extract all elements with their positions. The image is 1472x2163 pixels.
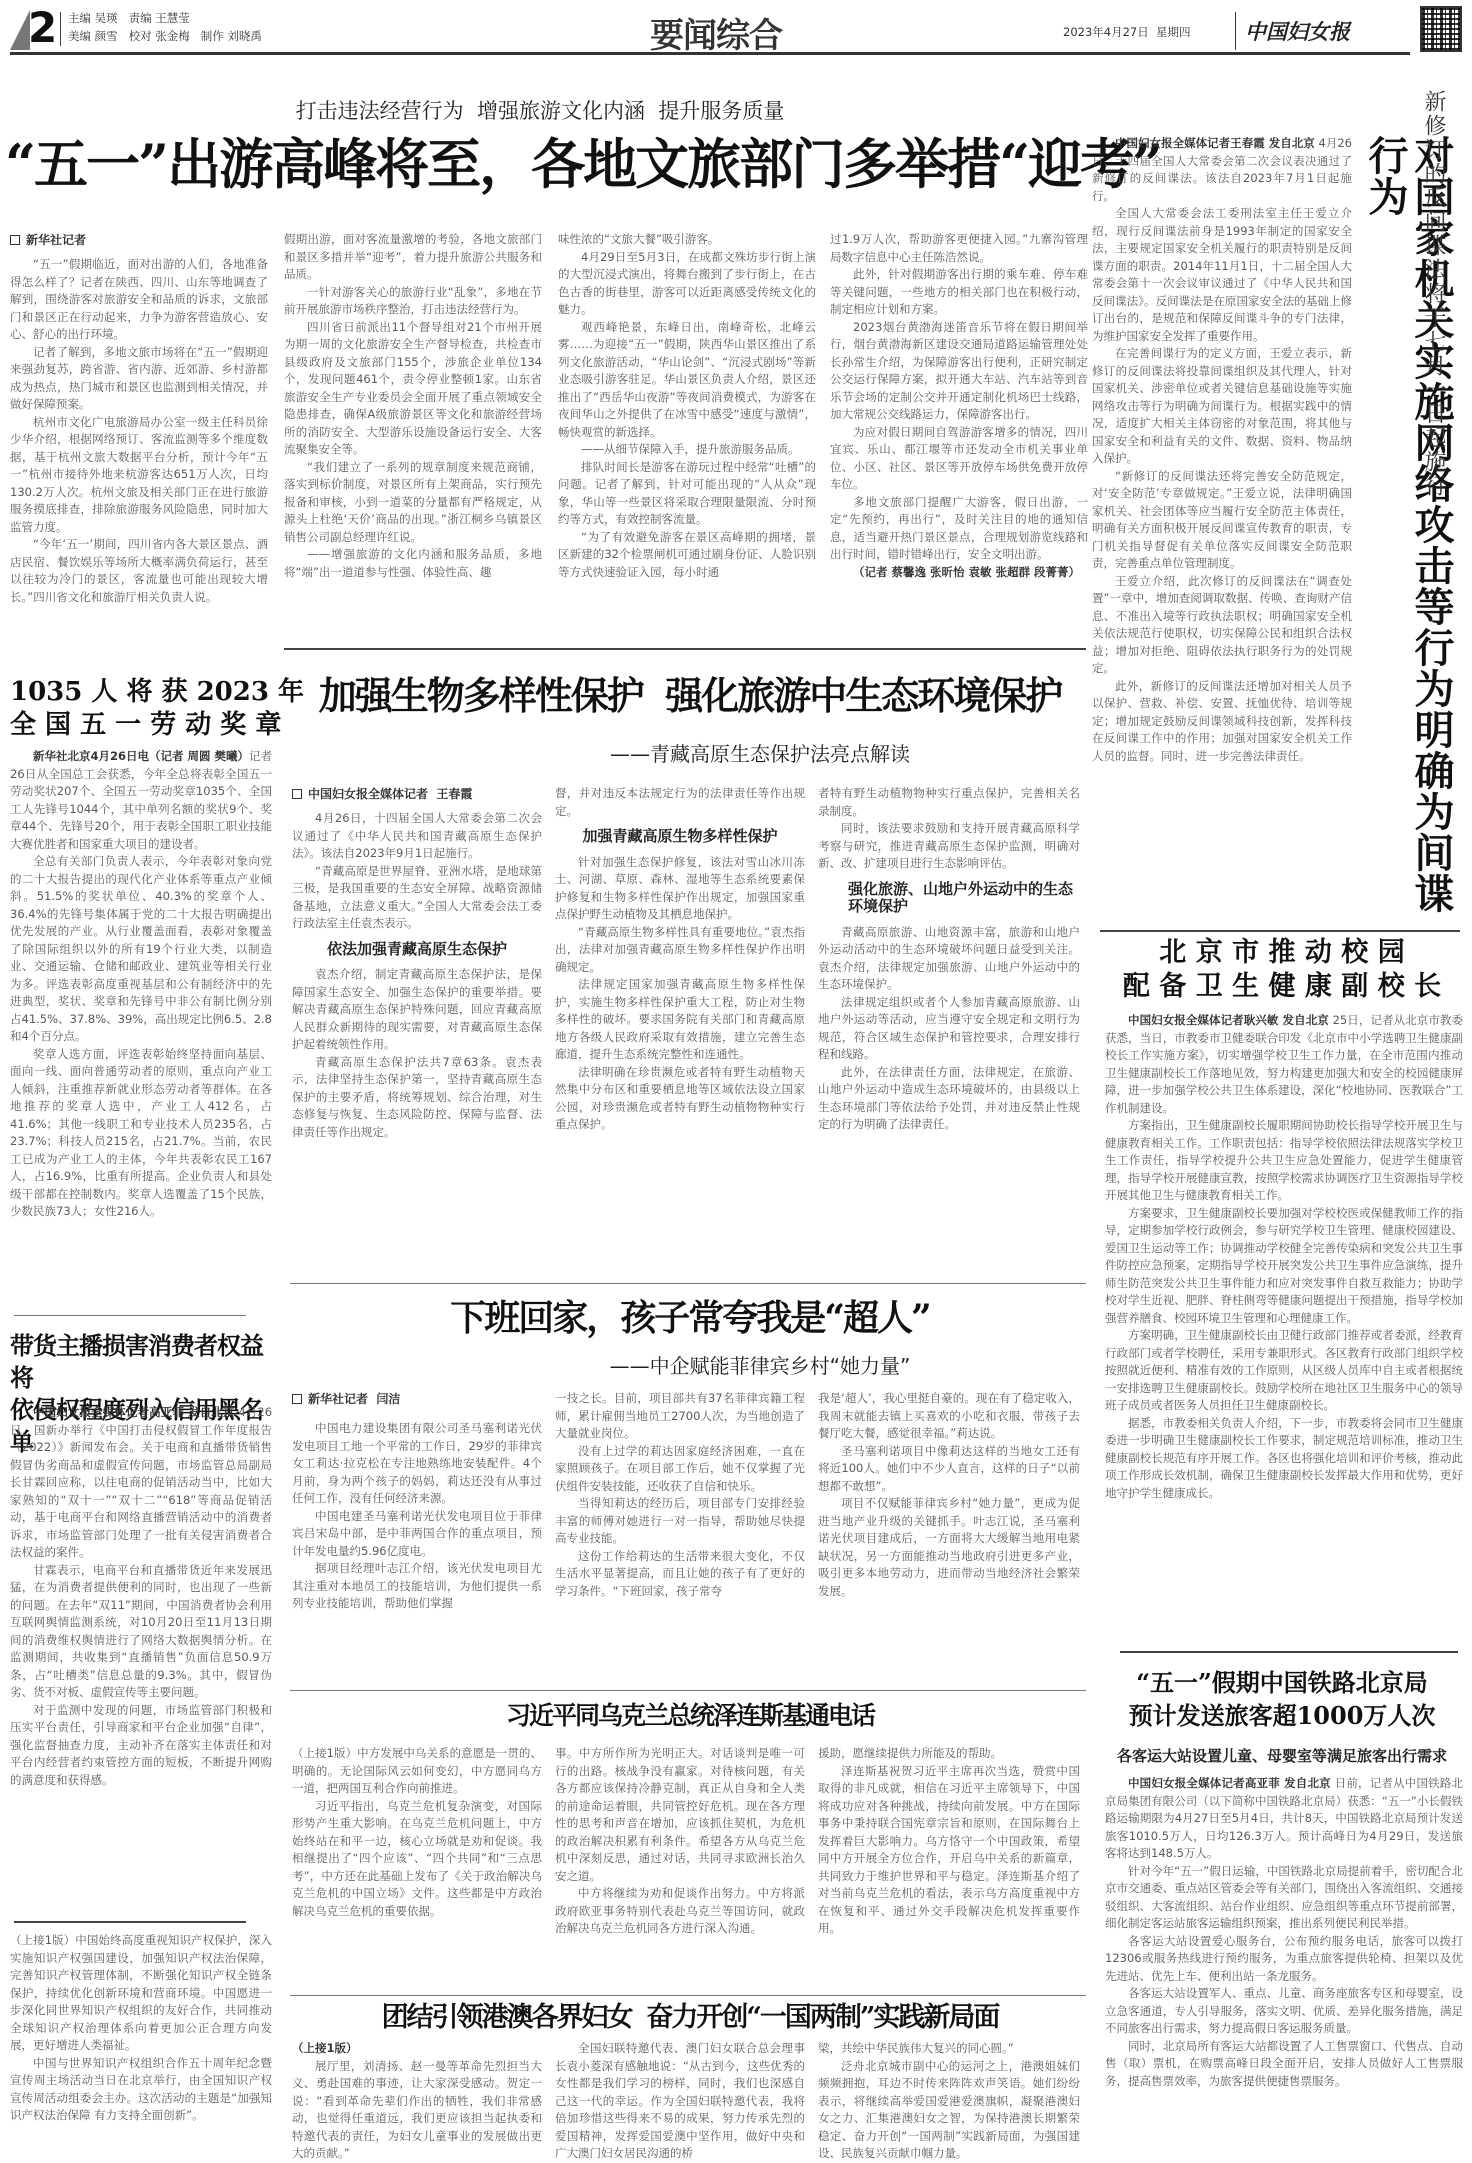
paragraph: 4月26日，十四届全国人大常委会第二次会议通过了《中华人民共和国青藏高原生态保护… bbox=[292, 810, 542, 863]
ip-continuation-text: （上接1版）中国始终高度重视知识产权保护，深入实施知识产权强国建设，加强知识产权… bbox=[10, 1932, 272, 2125]
paragraph: 全国人大常委会法工委刑法室主任王爱立介绍，现行反间谍法前身是1993年制定的国家… bbox=[1092, 205, 1352, 345]
issue-date: 2023年4月27日 星期四 bbox=[1063, 24, 1191, 40]
paragraph: 全总有关部门负责人表示，今年表彰对象向党的二十大报告提出的现代化产业体系等重点产… bbox=[10, 853, 272, 1046]
paragraph: “青藏高原生物多样性具有重要地位。”袁杰指出，法律对加强青藏高原生物多样性保护作… bbox=[555, 924, 805, 977]
superman-headline: 下班回家，孩子常夸我是“超人” bbox=[290, 1292, 1090, 1344]
paper-logo: 中国妇女报 bbox=[1245, 16, 1350, 46]
masthead-rule bbox=[10, 52, 1410, 55]
paragraph: 同时，北京局所有客运大站都设置了人工售票窗口、代售点、自动售（取）票机，在购票高… bbox=[1105, 2038, 1463, 2091]
subsection-heading: 依法加强青藏高原生态保护 bbox=[292, 941, 542, 959]
paragraph: 奖章人选方面，评选表彰始终坚持面向基层、面向一线、面向普通劳动者的原则，重点向产… bbox=[10, 1046, 272, 1221]
vertical-kicker: 新修订的反间谍法将于七月一日起施行 bbox=[1420, 90, 1446, 690]
paragraph: 袁杰介绍，制定青藏高原生态保护法，是保障国家生态安全、加强生态保护的重要举措。要… bbox=[292, 966, 542, 1054]
biodiversity-subheadline: ——青藏高原生态保护法亮点解读 bbox=[460, 738, 1060, 767]
paragraph: 此外，新修订的反间谍法还增加对相关人员予以保护、营救、补偿、安置、抚恤优待、培训… bbox=[1092, 678, 1352, 766]
paragraph: “五一”假期临近，面对出游的人们，各地准备得怎么样了？记者在陕西、四川、山东等地… bbox=[10, 256, 268, 344]
subsection-heading: 强化旅游、山地户外运动中的生态环境保护 bbox=[818, 881, 1080, 916]
superman-col-2: 一技之长。目前，项目部共有37名菲律宾籍工程师，累计雇佣当地员工2700人次，为… bbox=[555, 1390, 805, 1600]
paragraph: 过1.9万人次，帮助游客更便捷入园。”九寨沟管理局数字信息中心主任陈浩然说。 bbox=[830, 231, 1088, 266]
paragraph: 法律规定国家加强青藏高原生物多样性保护，实施生物多样性保护重大工程，防止对生物多… bbox=[555, 976, 805, 1064]
section-divider bbox=[1120, 1651, 1458, 1653]
continuation-label: （上接1版） bbox=[292, 2040, 542, 2058]
paragraph: 者特有野生动植物物种实行重点保护，完善相关名录制度。 bbox=[818, 785, 1080, 820]
biodiversity-col-3: 者特有野生动植物物种实行重点保护，完善相关名录制度。 同时，该法要求鼓励和支持开… bbox=[818, 785, 1080, 1134]
hk-macao-col-2: 全国妇联特邀代表、澳门妇女联合总会理事长袁小菱深有感触地说：“从古到今，这些优秀… bbox=[555, 2040, 805, 2163]
paragraph: 法律规定组织或者个人参加青藏高原旅游、山地户外运动等活动，应当遵守安全规定和文明… bbox=[818, 994, 1080, 1064]
paragraph: “我们建立了一系列的规章制度来规范商铺，落实到标价制度，对景区所有上架商品，实行… bbox=[284, 459, 542, 547]
masthead: 2 主编 吴瑛 责编 王慧莹 美编 颜雪 校对 张金梅 制作 刘晓禹 要闻综合 … bbox=[10, 4, 1465, 54]
byline-text: 新华社记者 闫洁 bbox=[308, 1392, 400, 1406]
paragraph: 援助，愿继续提供力所能及的帮助。 bbox=[818, 1745, 1080, 1763]
paragraph: 2023烟台黄渤海迷笛音乐节将在假日期间举行，烟台黄渤海新区建设交通局道路运输管… bbox=[830, 319, 1088, 424]
superman-byline: 新华社记者 闫洁 bbox=[292, 1390, 400, 1407]
paragraph: 督，并对违反本法规定行为的法律责任等作出规定。 bbox=[555, 785, 805, 820]
paragraph: 针对加强生态保护修复，该法对雪山冰川冻土、河湖、草原、森林、湿地等生态系统要素保… bbox=[555, 854, 805, 924]
paragraph: 四川省日前派出11个督导组对21个市州开展为期一周的文化旅游安全生产督导检查，共… bbox=[284, 319, 542, 459]
hk-macao-col-3: 梁，共绘中华民族伟大复兴的同心圆。” 泛舟北京城市副中心的运河之上，港澳姐妹们频… bbox=[818, 2040, 1080, 2163]
byline-text: 新华社记者 bbox=[26, 233, 86, 247]
paragraph: 全国妇联特邀代表、澳门妇女联合总会理事长袁小菱深有感触地说：“从古到今，这些优秀… bbox=[555, 2040, 805, 2163]
paragraph: 多地文旅部门提醒广大游客，假日出游，一定“先预约，再出行”，及时关注目的地的通知… bbox=[830, 494, 1088, 564]
dateline: 中国妇女报全媒体记者耿兴敏 发自北京 bbox=[1128, 1013, 1329, 1027]
paragraph: 中方将继续为劝和促谈作出努力。中方将派政府欧亚事务特别代表赴乌克兰等国访问，就政… bbox=[555, 1885, 805, 1938]
editor-credits-line2: 美编 颜雪 校对 张金梅 制作 刘晓禹 bbox=[68, 28, 262, 44]
section-divider bbox=[290, 1995, 1086, 1996]
headline-line: 北 京 市 推 动 校 园 bbox=[1100, 936, 1464, 970]
reporter-credit: （记者 蔡馨逸 张昕怡 袁敏 张超群 段菁菁） bbox=[830, 564, 1088, 582]
biodiversity-col-2: 督，并对违反本法规定行为的法律责任等作出规定。 加强青藏高原生物多样性保护 针对… bbox=[555, 785, 805, 1134]
superman-subheadline: ——中企赋能菲律宾乡村“她力量” bbox=[470, 1350, 1050, 1379]
biodiversity-byline: 中国妇女报全媒体记者 王春霞 bbox=[292, 785, 472, 802]
lead-headline: “五一”出游高峰将至，各地文旅部门多举措“迎考” bbox=[5, 128, 1085, 200]
page-number: 2 bbox=[28, 4, 57, 52]
headline-line: 预计发送旅客超1000万人次 bbox=[1100, 1699, 1464, 1732]
headline-line: “五一”假期中国铁路北京局 bbox=[1100, 1666, 1464, 1699]
lead-kicker: 打击违法经营行为 增强旅游文化内涵 提升服务质量 bbox=[210, 95, 870, 125]
right-story: 中国妇女报全媒体记者王春霞 发自北京 4月26日，十四届全国人大常委会第二次会议… bbox=[1092, 120, 1472, 920]
paragraph: 记者了解到，多地文旅市场将在“五一”假期迎来强劲复苏，跨省游、省内游、近郊游、乡… bbox=[10, 344, 268, 414]
masthead-divider bbox=[60, 12, 61, 46]
paragraph: （上接1版）中国始终高度重视知识产权保护，深入实施知识产权强国建设，加强知识产权… bbox=[10, 1932, 272, 2055]
masthead-divider-right bbox=[1235, 12, 1236, 50]
paragraph: 习近平指出，乌克兰危机复杂演变，对国际形势产生重大影响。在乌克兰危机问题上，中方… bbox=[292, 1798, 542, 1921]
railway-text: 中国妇女报全媒体记者高亚菲 发自北京 日前，记者从中国铁路北京局集团有限公司（以… bbox=[1105, 1775, 1463, 2090]
byline-box-icon bbox=[292, 789, 302, 799]
paragraph: 杭州市文化广电旅游局办公室一级主任科员徐少华介绍，根据网络预订、客流监测等多个维… bbox=[10, 414, 268, 537]
labor-medal-text: 新华社北京4月26日电（记者 周圆 樊曦）记者26日从全国总工会获悉，今年全总将… bbox=[10, 748, 272, 1221]
school-health-text: 中国妇女报全媒体记者耿兴敏 发自北京 25日，记者从北京市教委获悉，当日，市教委… bbox=[1105, 1012, 1463, 1502]
lead-col-1: “五一”假期临近，面对出游的人们，各地准备得怎么样了？记者在陕西、四川、山东等地… bbox=[10, 256, 268, 606]
paragraph: 同时，该法要求鼓励和支持开展青藏高原科学考察与研究，推进青藏高原生态保护监测，明… bbox=[818, 820, 1080, 873]
paragraph: ——从细节保障入手，提升旅游服务品质。 bbox=[558, 441, 816, 459]
school-health-headline: 北 京 市 推 动 校 园 配 备 卫 生 健 康 副 校 长 bbox=[1100, 936, 1464, 1004]
paragraph: 泽连斯基祝贺习近平主席再次当选，赞赏中国取得的非凡成就，相信在习近平主席领导下，… bbox=[818, 1763, 1080, 1938]
paragraph: 青藏高原生态保护法共7章63条。袁杰表示，法律坚持生态保护第一，坚持青藏高原生态… bbox=[292, 1054, 542, 1142]
headline-line: 带货主播损害消费者权益将 bbox=[10, 1330, 272, 1394]
paragraph: 各客运大站设置爱心服务台，公布预约服务电话，旅客可以拨打12306或服务热线进行… bbox=[1105, 1933, 1463, 1986]
paragraph: 为应对假日期间自驾游游客增多的情况，四川宜宾、乐山、都江堰等市还发动全市机关事业… bbox=[830, 424, 1088, 494]
paragraph: 我是‘超人’，我心里挺自豪的。现在有了稳定收入，我周末就能去镇上买喜欢的小吃和衣… bbox=[818, 1390, 1080, 1443]
superman-col-1: 中国电力建设集团有限公司圣马塞利诺光伏发电项目工地一个平常的工作日，29岁的菲律… bbox=[292, 1420, 542, 1613]
qr-code-icon bbox=[1420, 6, 1462, 52]
paragraph: “为了有效避免游客在景区高峰期的拥堵，景区新建的32个检票闸机可通过刷身份证、人… bbox=[558, 529, 816, 582]
byline-text: 中国妇女报全媒体记者 王春霞 bbox=[308, 787, 472, 801]
paragraph: 梁，共绘中华民族伟大复兴的同心圆。” bbox=[818, 2040, 1080, 2058]
paragraph: 泛舟北京城市副中心的运河之上，港澳姐妹们频频拥抱，耳边不时传来阵阵欢声笑语。她们… bbox=[818, 2058, 1080, 2163]
paragraph: （上接1版）中方发展中乌关系的意愿是一贯的、明确的。无论国际风云如何变幻，中方愿… bbox=[292, 1745, 542, 1798]
section-divider bbox=[290, 1283, 1086, 1284]
paragraph: 甘霖表示，电商平台和直播带货近年来发展迅猛，在为消费者提供便利的同时，也出现了一… bbox=[10, 1562, 272, 1702]
section-divider bbox=[14, 1921, 246, 1923]
paragraph: 此外，在法律责任方面，法律规定，在旅游、山地户外运动中造成生态环境破坏的，由县级… bbox=[818, 1064, 1080, 1134]
lead-byline: 新华社记者 bbox=[10, 231, 86, 248]
section-divider bbox=[284, 648, 1086, 650]
paragraph: 方案指出，卫生健康副校长履职期间协助校长指导学校开展卫生与健康教育相关工作。工作… bbox=[1105, 1117, 1463, 1205]
xi-call-col-2: 事。中方所作所为光明正大。对话谈判是唯一可行的出路。核战争没有赢家。对待核问题，… bbox=[555, 1745, 805, 1938]
headline-line: 1035 人 将 获 2023 年 bbox=[10, 676, 272, 709]
section-title: 要闻综合 bbox=[650, 8, 782, 57]
paragraph: 没有上过学的莉达因家庭经济困难，一直在家照顾孩子。在项目部工作后，她不仅掌握了光… bbox=[555, 1443, 805, 1496]
biodiversity-headline: 加强生物多样性保护 强化旅游中生态环境保护 bbox=[290, 668, 1090, 724]
paragraph: 方案要求，卫生健康副校长要加强对学校校医或保健教师工作的指导，定期参加学校行政例… bbox=[1105, 1205, 1463, 1328]
xi-call-headline: 习近平同乌克兰总统泽连斯基通电话 bbox=[290, 1697, 1090, 1735]
paragraph: 中国电建圣马塞利诺光伏发电项目位于菲律宾吕宋岛中部，是中菲两国合作的重点项目，预… bbox=[292, 1508, 542, 1561]
paragraph: 据悉，市教委相关负责人介绍，下一步，市教委将会同市卫生健康委进一步明确卫生健康副… bbox=[1105, 1415, 1463, 1503]
paragraph: 王爱立介绍，此次修订的反间谍法在“调查处置”一章中，增加查阅调取数据、传唤、查询… bbox=[1092, 573, 1352, 678]
headline-line: 全 国 五 一 劳 动 奖 章 bbox=[10, 709, 272, 742]
paragraph: 假期出游，面对客流量激增的考验，各地文旅部门和景区多措并举“迎考”，着力提升旅游… bbox=[284, 231, 542, 284]
lead-col-3: 味性浓的“文旅大餐”吸引游客。 4月29日至5月3日，在成都文殊坊步行街上演的大… bbox=[558, 231, 816, 581]
biodiversity-col-1: 4月26日，十四届全国人大常委会第二次会议通过了《中华人民共和国青藏高原生态保护… bbox=[292, 810, 542, 1141]
paragraph: 味性浓的“文旅大餐”吸引游客。 bbox=[558, 231, 816, 249]
paragraph: 展厅里，刘清扬、赵一曼等革命先烈担当大义、勇赴国难的事迹，让大家深受感动。贺定一… bbox=[292, 2058, 542, 2163]
section-divider bbox=[14, 1315, 246, 1316]
railway-subheadline: 各客运大站设置儿童、母婴室等满足旅客出行需求 bbox=[1100, 1745, 1464, 1766]
paragraph: 4月26日，国新办举行《中国打击侵权假冒工作年度报告（2022）》新闻发布会。关… bbox=[10, 1405, 272, 1559]
paragraph: 中国与世界知识产权组织合作五十周年纪念暨宣传周主场活动当日在北京举行，由全国知识… bbox=[10, 2055, 272, 2125]
paragraph: 在完善间谍行为的定义方面，王爱立表示，新修订的反间谍法将投靠间谍组织及其代理人，… bbox=[1092, 345, 1352, 468]
paragraph: 方案明确，卫生健康副校长由卫健行政部门推荐或者委派，经教育行政部门或者学校聘任，… bbox=[1105, 1327, 1463, 1415]
paragraph: ——增强旅游的文化内涵和服务品质，多地将“端”出一道道参与性强、体验性高、趣 bbox=[284, 546, 542, 581]
paragraph: 中国电力建设集团有限公司圣马塞利诺光伏发电项目工地一个平常的工作日，29岁的菲律… bbox=[292, 1420, 542, 1508]
paragraph: 圣马塞利诺项目中像莉达这样的当地女工还有将近100人。她们中不少人直言，这样的日… bbox=[818, 1443, 1080, 1496]
dateline: 中国妇女报全媒体记者高亚菲 发自北京 bbox=[33, 1405, 235, 1419]
page-tab-triangle bbox=[10, 10, 30, 50]
dateline: 中国妇女报全媒体记者王春霞 发自北京 bbox=[1115, 136, 1315, 150]
paragraph: 25日，记者从北京市教委获悉，当日，市教委市卫健委联合印发《北京市中小学选聘卫生… bbox=[1105, 1013, 1463, 1115]
paragraph: 事。中方所作所为光明正大。对话谈判是唯一可行的出路。核战争没有赢家。对待核问题，… bbox=[555, 1745, 805, 1885]
editor-credits-line1: 主编 吴瑛 责编 王慧莹 bbox=[68, 10, 190, 26]
paragraph: 这份工作给莉达的生活带来很大变化，不仅生活水平显著提高，而且让她的孩子有了更好的… bbox=[555, 1548, 805, 1601]
hk-macao-col-1: （上接1版） 展厅里，刘清扬、赵一曼等革命先烈担当大义、勇赴国难的事迹，让大家深… bbox=[292, 2040, 542, 2163]
paragraph: 各客运大站设置军人、重点、儿童、商务座旅客专区和母婴室，设立急客通道，专人引导服… bbox=[1105, 1985, 1463, 2038]
paragraph: 当得知莉达的经历后，项目部专门安排经验丰富的师傅对她进行一对一指导，帮助她尽快提… bbox=[555, 1495, 805, 1548]
byline-box-icon bbox=[292, 1394, 302, 1404]
paragraph: 此外，针对假期游客出行期的乘车难、停车难等关键问题，一些地方的相关部门也在积极行… bbox=[830, 266, 1088, 319]
paragraph: 一技之长。目前，项目部共有37名菲律宾籍工程师，累计雇佣当地员工2700人次，为… bbox=[555, 1390, 805, 1443]
paragraph: 记者26日从全国总工会获悉，今年全总将表彰全国五一劳动奖状207个、全国五一劳动… bbox=[10, 749, 272, 851]
paragraph: 项目不仅赋能菲律宾乡村“她力量”，更成为促进当地产业升级的关键抓手。叶志江说，圣… bbox=[818, 1495, 1080, 1600]
paragraph: 排队时间长是游客在游玩过程中经常“吐槽”的问题。记者了解到，针对可能出现的“人从… bbox=[558, 459, 816, 529]
paragraph: “青藏高原是世界屋脊、亚洲水塔，是地球第三极，是我国重要的生态安全屏障、战略资源… bbox=[292, 863, 542, 933]
paragraph: 4月29日至5月3日，在成都文殊坊步行街上演的大型沉浸式演出，将舞台搬到了步行街… bbox=[558, 249, 816, 319]
paragraph: “新修订的反间谍法还将完善安全防范规定，对‘安全防范’专章做规定。”王爱立说，法… bbox=[1092, 468, 1352, 573]
dateline: 中国妇女报全媒体记者高亚菲 发自北京 bbox=[1128, 1776, 1331, 1790]
lead-col-4: 过1.9万人次，帮助游客更便捷入园。”九寨沟管理局数字信息中心主任陈浩然说。 此… bbox=[830, 231, 1088, 581]
subsection-heading: 加强青藏高原生物多样性保护 bbox=[555, 828, 805, 846]
paragraph: 青藏高原旅游、山地资源丰富，旅游和山地户外运动活动中的生态环境破坏问题日益受到关… bbox=[818, 924, 1080, 994]
paragraph: 据项目经理叶志江介绍，该光伏发电项目尤其注重对本地员工的技能培训，为他们提供一系… bbox=[292, 1560, 542, 1613]
railway-headline: “五一”假期中国铁路北京局 预计发送旅客超1000万人次 bbox=[1100, 1666, 1464, 1732]
anti-espionage-text: 中国妇女报全媒体记者王春霞 发自北京 4月26日，十四届全国人大常委会第二次会议… bbox=[1092, 135, 1352, 765]
livestream-text: 中国妇女报全媒体记者高亚菲 发自北京 4月26日，国新办举行《中国打击侵权假冒工… bbox=[10, 1404, 272, 1789]
paragraph: 一针对游客关心的旅游行业“乱象”，多地在节前开展旅游市场秩序整治，打击违法经营行… bbox=[284, 284, 542, 319]
dateline: 新华社北京4月26日电（记者 周圆 樊曦） bbox=[33, 749, 249, 763]
section-divider bbox=[1100, 930, 1460, 932]
paragraph: 对于监测中发现的问题，市场监管部门积极和压实平台责任，引导商家和平台企业加强“自… bbox=[10, 1702, 272, 1790]
paragraph: 针对今年“五一”假日运输，中国铁路北京局提前着手，密切配合北京市交通委、重点站区… bbox=[1105, 1863, 1463, 1933]
section-divider bbox=[290, 1690, 1086, 1691]
paragraph: 观西峰艳景，东峰日出，南峰奇松，北峰云雾……为迎接“五一”假期，陕西华山景区推出… bbox=[558, 319, 816, 442]
xi-call-col-3: 援助，愿继续提供力所能及的帮助。 泽连斯基祝贺习近平主席再次当选，赞赏中国取得的… bbox=[818, 1745, 1080, 1938]
labor-medal-headline: 1035 人 将 获 2023 年 全 国 五 一 劳 动 奖 章 bbox=[10, 676, 272, 742]
xi-call-col-1: （上接1版）中方发展中乌关系的意愿是一贯的、明确的。无论国际风云如何变幻，中方愿… bbox=[292, 1745, 542, 1920]
superman-col-3: 我是‘超人’，我心里挺自豪的。现在有了稳定收入，我周末就能去镇上买喜欢的小吃和衣… bbox=[818, 1390, 1080, 1600]
hk-macao-headline: 团结引领港澳各界妇女 奋力开创“一国两制”实践新局面 bbox=[290, 1998, 1090, 2038]
headline-line: 配 备 卫 生 健 康 副 校 长 bbox=[1100, 970, 1464, 1004]
lead-col-2: 假期出游，面对客流量激增的考验，各地文旅部门和景区多措并举“迎考”，着力提升旅游… bbox=[284, 231, 542, 581]
byline-box-icon bbox=[10, 235, 20, 245]
paragraph: 法律明确在珍贵濒危或者特有野生动植物天然集中分布区和重要栖息地等区域依法设立国家… bbox=[555, 1064, 805, 1134]
paragraph: “今年‘五一’期间，四川省内各大景区景点、酒店民宿、餐饮娱乐等场所大概率满负荷运… bbox=[10, 536, 268, 606]
